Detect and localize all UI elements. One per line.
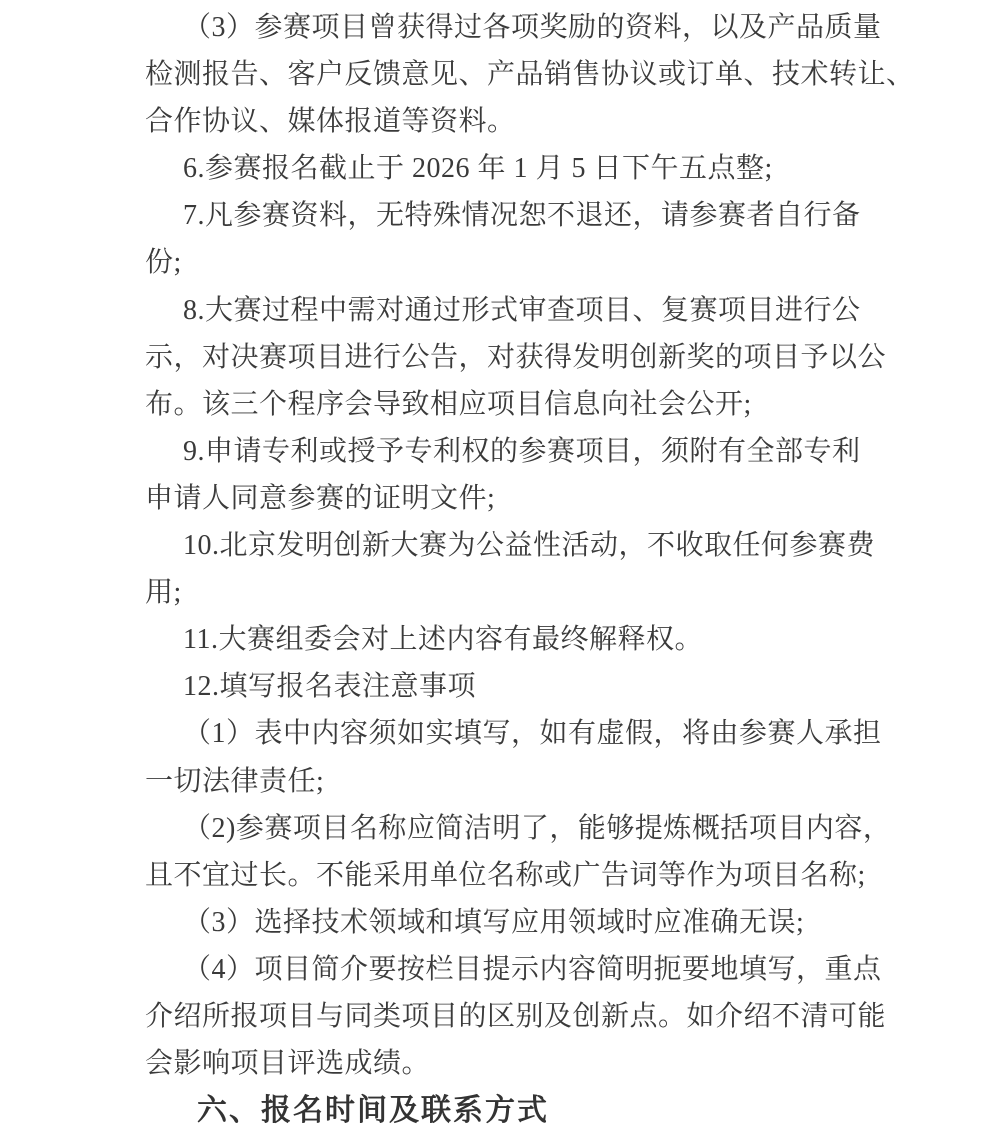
text-line: 11.大赛组委会对上述内容有最终解释权。 <box>145 616 860 663</box>
text-line: （1）表中内容须如实填写，如有虚假，将由参赛人承担 <box>145 710 860 757</box>
text-line: 一切法律责任; <box>145 758 860 805</box>
text-line: 介绍所报项目与同类项目的区别及创新点。如介绍不清可能 <box>145 993 860 1040</box>
text-line: （3）参赛项目曾获得过各项奖励的资料，以及产品质量 <box>145 4 860 51</box>
text-line: 申请人同意参赛的证明文件; <box>145 475 860 522</box>
text-line: 检测报告、客户反馈意见、产品销售协议或订单、技术转让、 <box>145 51 860 98</box>
text-line: （3）选择技术领域和填写应用领域时应准确无误; <box>145 899 860 946</box>
text-line: 用; <box>145 569 860 616</box>
section-heading: 六、报名时间及联系方式 <box>145 1087 860 1134</box>
text-line: （4）项目简介要按栏目提示内容简明扼要地填写，重点 <box>145 946 860 993</box>
text-line: 合作协议、媒体报道等资料。 <box>145 98 860 145</box>
text-line: 12.填写报名表注意事项 <box>145 663 860 710</box>
text-line: 9.申请专利或授予专利权的参赛项目，须附有全部专利 <box>145 428 860 475</box>
text-line: 10.北京发明创新大赛为公益性活动，不收取任何参赛费 <box>145 522 860 569</box>
text-line: 6.参赛报名截止于 2026 年 1 月 5 日下午五点整; <box>145 145 860 192</box>
text-line: 且不宜过长。不能采用单位名称或广告词等作为项目名称; <box>145 852 860 899</box>
text-line: 8.大赛过程中需对通过形式审查项目、复赛项目进行公 <box>145 287 860 334</box>
text-line: 份; <box>145 239 860 286</box>
text-line: （2)参赛项目名称应简洁明了，能够提炼概括项目内容， <box>145 805 860 852</box>
text-line: 会影响项目评选成绩。 <box>145 1040 860 1087</box>
document-body: （3）参赛项目曾获得过各项奖励的资料，以及产品质量检测报告、客户反馈意见、产品销… <box>0 0 1000 1134</box>
text-line: 示，对决赛项目进行公告，对获得发明创新奖的项目予以公 <box>145 334 860 381</box>
text-line: 7.凡参赛资料，无特殊情况恕不退还，请参赛者自行备 <box>145 192 860 239</box>
document-page: （3）参赛项目曾获得过各项奖励的资料，以及产品质量检测报告、客户反馈意见、产品销… <box>0 0 1000 1134</box>
text-line: 布。该三个程序会导致相应项目信息向社会公开; <box>145 381 860 428</box>
